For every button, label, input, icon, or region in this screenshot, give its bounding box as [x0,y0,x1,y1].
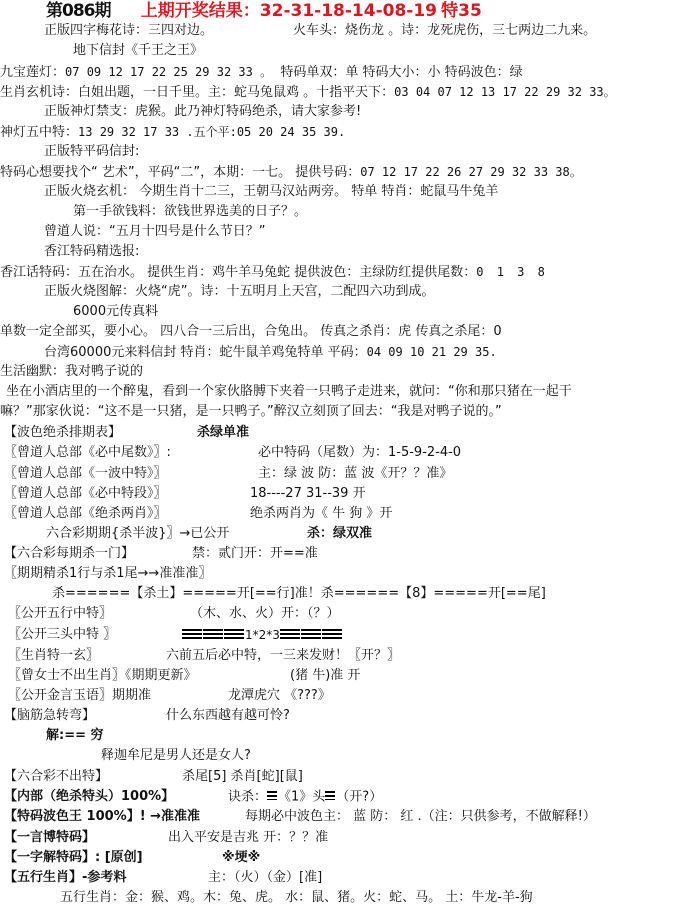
bar-decoration-icon [182,626,245,646]
three-heads-label: 〖公开三头中特 〗 [8,625,116,645]
xiangjiang-line: 香江话特码：五在治水。 提供生肖：鸡牛羊马兔蛇 提供波色：主绿防红提供尾数：0 … [0,262,548,283]
last-result-label: 上期开奖结果： [141,1,260,21]
riddle-value: 什么东西越有越可怜? [166,706,290,726]
zodiac-one-value: 六前五后必中特，一三来发财！〖开？〗 [166,646,400,666]
kill-row: 杀======【杀土】=====开[==行]准！杀======【8】=====开… [52,584,546,604]
one-door-label: 【六合彩每期杀一门】 [4,544,134,564]
half-wave-kill: 杀：绿双准 [307,524,372,544]
humor-title: 生活幽默：我对鸭子说的 [0,362,143,382]
lamp-ban: 正版神灯禁支：虎猴。此乃神灯特码绝杀，请大家参考! [44,102,361,122]
wuxing-list: 五行生肖：金：猴、鸡。木：兔、虎。 水：鼠、猪。火：蛇、马。 土：牛龙-羊-狗 [60,888,533,908]
one-char-value: ※埂※ [222,848,260,868]
fire-diagram: 正版火烧图解：火烧“虎”。诗：十五明月上天宫，二配四六功到成。 [44,282,434,302]
no-special-label: 【六合彩不出特】 [4,767,108,787]
one-line-label: 〖期期精杀1行与杀1尾→→准准准〗 [4,564,211,584]
riddle-label: 【脑筋急转弯】 [4,706,95,726]
internal-value: 诀杀：《1》头（开?） [228,787,382,808]
bar-decoration-icon [325,787,336,807]
one-word-label: 【一言博特码】 [4,828,95,848]
golden-label: 〖公开金言玉语〗期期准 [8,686,151,706]
last-result-special: 特35 [441,1,482,21]
first-hand: 第一手欲钱料：欲钱世界选美的日子？。 [73,202,307,222]
segment-value: 18----27 31--39 开 [250,484,366,504]
tail-value: 必中特码（尾数）为：1-5-9-2-4-0 [258,443,461,463]
zodiac-poem: 生肖玄机诗：白姐出题，一日千里。主：蛇马兔鼠鸡 。十指平天下：03 04 07 … [0,82,616,103]
humor-line1: 坐在小酒店里的一个醉鬼，看到一个家伙胳膊下夹着一只鸭子走进来，就问：“你和那只猪… [6,382,572,402]
nine-lamp: 九宝莲灯：07 09 12 17 22 25 29 32 33 。 特码单双：单… [0,62,523,83]
golden-value: 龙潭虎穴 《???》 [228,686,331,706]
one-door-value: 禁：贰门开：开==准 [192,544,318,564]
period-title: 第086期 [46,1,111,21]
one-wave-value: 主：绿 波 防：蓝 波《开？？准》 [258,464,452,484]
two-zodiac-label: 〖曾道人总部《绝杀两肖》〗 [4,504,167,524]
zodiac-one-label: 〖生肖特一玄〗 [8,646,99,666]
flat-envelope: 正版特平码信封: [44,142,139,162]
wuxing-value: 主：（火）（金）[准] [208,868,322,888]
five-elements-value: （木、水、火）开：（？） [190,604,340,624]
riddle-answer: 解:== 穷 [46,726,104,746]
internal-label: 【内部（绝杀特头）100%】 [4,787,174,807]
no-special-value: 杀尾[5] 杀肖[蛇][鼠] [182,767,303,787]
ms-zeng-value: (猪 牛)准 开 [290,666,360,686]
xiangjiang-title: 香江特码精选报: [44,242,139,262]
wuxing-label: 【五行生肖】-参考料 [4,868,126,888]
zeng-says: 曾道人说：“五月十四号是什么节日？” [44,222,265,242]
bar-decoration-icon [280,626,343,646]
plum-poem: 正版四字梅花诗：三四对边。 [44,21,213,41]
fire-mystery: 正版火烧玄机： 今期生肖十二三，王朝马汉站两旁。 特单 特肖：蛇鼠马牛兔羊 [44,182,498,202]
issue-header: 第086期 上期开奖结果：32-31-18-14-08-19 特35 [46,1,482,23]
humor-line2: 嘛？”那家伙说：“这不是一只猪，是一只鸭子。”醉汉立刻顶了回去：“我是对鸭子说的… [0,402,502,422]
tail-label: 〖曾道人总部《必中尾数》〗: [4,443,171,463]
art-line: 特码心想要找个“ 艺术”，平码“二”，本期：一七。 提供号码：07 12 17 … [0,162,582,183]
one-char-label: 【一字解特码】: [原创] [4,848,143,868]
segment-label: 〖曾道人总部《必中特段》〗 [4,484,167,504]
last-result-numbers: 32-31-18-14-08-19 [260,1,437,21]
wave-kill-value: 杀绿单准 [197,423,249,443]
wave-kill-label: 【波色绝杀排期表】 [4,423,121,443]
underground-envelope: 地下信封《千王之王》 [73,41,203,61]
one-wave-label: 〖曾道人总部《一波中特》〗 [4,464,167,484]
five-elements-label: 〖公开五行中特〗 [8,604,112,624]
riddle2: 释迦牟尼是男人还是女人? [101,746,251,766]
bar-decoration-icon [267,787,278,807]
train-head: 火车头：烧伤龙 。诗：龙死虎伤，三七两边二九来。 [293,21,596,41]
fax-title: 6000元传真料 [73,302,158,322]
half-wave-label: 六合彩期期{杀半波}〗→已公开 [46,524,229,544]
lamp-five: 神灯五中特：13 29 32 17 33 .五个平:05 20 24 35 39… [0,122,345,143]
three-heads-value: 1*2*3 [182,625,343,646]
taiwan-envelope: 台湾60000元来料信封 特肖：蛇牛鼠羊鸡兔特单 平码：04 09 10 21 … [44,342,497,363]
wave-king-value: 每期必中波色主： 蓝 防： 红 .（注：只供参考，不做解释!） [245,807,596,827]
ms-zeng-label: 〖曾女士不出生肖〗《期期更新》 [8,666,197,686]
odd-line: 单数一定全部买，要小心。 四八合一三后出，合兔出。 传真之杀肖：虎 传真之杀尾：… [0,322,502,342]
two-zodiac-value: 绝杀两肖为《 牛 狗 》开 [250,504,392,524]
one-word-value: 出入平安是吉兆 开：？？准 [168,828,328,848]
wave-king-label: 【特码波色王 100%】! →准准准 [4,807,200,827]
